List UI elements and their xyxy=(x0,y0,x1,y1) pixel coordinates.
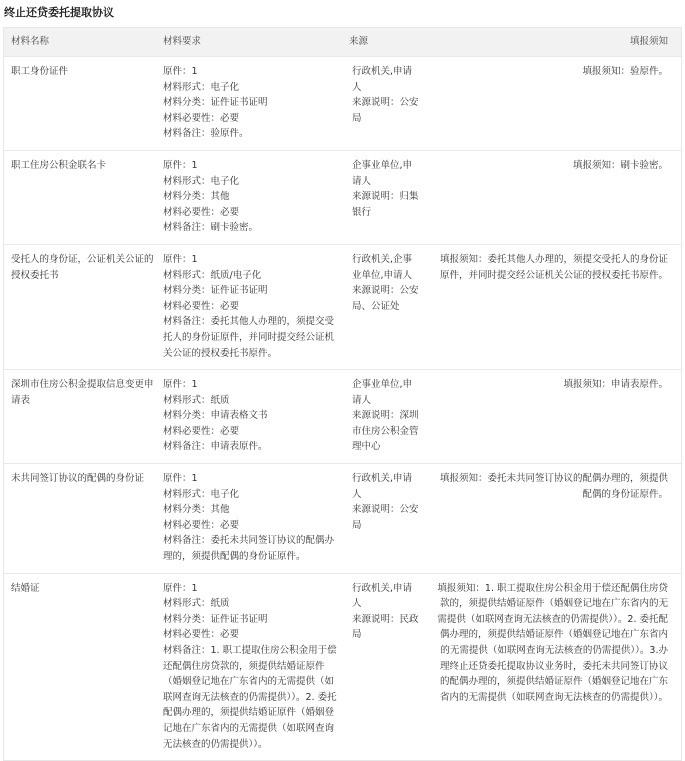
filing-notice: 填报须知：1. 职工提取住房公积金用于偿还配偶住房贷款的，须提供结婚证原件（婚姻… xyxy=(424,573,682,752)
requirement-original: 原件：1 xyxy=(163,377,339,393)
table-header-row: 材料名称 材料要求 来源 填报须知 xyxy=(4,28,682,57)
source-text: 行政机关,申请人 xyxy=(352,581,420,612)
requirement-necessity: 材料必要性：必要 xyxy=(163,299,339,315)
filing-notice: 填报须知：委托其他人办理的，须提交受托人的身份证原件，并同时提交经公证机关公证的… xyxy=(424,244,682,369)
material-name-text: 未共同签订协议的配偶的身份证 xyxy=(11,473,144,484)
requirement-remark: 材料备注：委托未共同签订协议的配偶办理的，须提供配偶的身份证原件。 xyxy=(163,533,339,564)
source-note: 来源说明：公安局、公证处 xyxy=(352,283,420,314)
page-title: 终止还贷委托提取协议 xyxy=(0,0,685,26)
requirement-original: 原件：1 xyxy=(163,158,339,174)
requirement-necessity: 材料必要性：必要 xyxy=(163,111,339,127)
material-name-text: 深圳市住房公积金提取信息变更申请表 xyxy=(11,379,154,406)
filing-notice-text: 填报须知：验原件。 xyxy=(582,66,668,77)
requirement-remark: 材料备注：刷卡验密。 xyxy=(163,220,339,236)
source-note: 来源说明：深圳市住房公积金管理中心 xyxy=(352,408,420,455)
table-row: 未共同签订协议的配偶的身份证 原件：1 材料形式：电子化 材料分类：其他 材料必… xyxy=(4,464,682,574)
requirement-form: 材料形式：电子化 xyxy=(163,174,339,190)
source-note: 来源说明：公安局 xyxy=(352,95,420,126)
requirement-form: 材料形式：电子化 xyxy=(163,487,339,503)
requirement-form: 材料形式：纸质 xyxy=(163,393,339,409)
material-source: 企事业单位,申请人 来源说明：归集银行 xyxy=(349,150,424,244)
material-name: 深圳市住房公积金提取信息变更申请表 xyxy=(4,370,164,464)
requirement-original: 原件：1 xyxy=(163,471,339,487)
requirement-remark: 材料备注：申请表原件。 xyxy=(163,439,339,455)
material-requirements: 原件：1 材料形式：电子化 材料分类：其他 材料必要性：必要 材料备注：刷卡验密… xyxy=(163,150,349,244)
material-requirements: 原件：1 材料形式：电子化 材料分类：其他 材料必要性：必要 材料备注：委托未共… xyxy=(163,464,349,574)
table-row: 结婚证 原件：1 材料形式：纸质 材料分类：证件证书证明 材料必要性：必要 材料… xyxy=(4,573,682,752)
material-requirements: 原件：1 材料形式：纸质 材料分类：证件证书证明 材料必要性：必要 材料备注：1… xyxy=(163,573,349,752)
filing-notice: 填报须知：验原件。 xyxy=(424,57,682,151)
source-text: 企事业单位,申请人 xyxy=(352,158,420,189)
requirement-category: 材料分类：申请表格文书 xyxy=(163,408,339,424)
material-requirements: 原件：1 材料形式：电子化 材料分类：证件证书证明 材料必要性：必要 材料备注：… xyxy=(163,57,349,151)
requirement-remark: 材料备注：委托其他人办理的，须提交受托人的身份证原件，并同时提交经公证机关公证的… xyxy=(163,314,339,361)
requirement-necessity: 材料必要性：必要 xyxy=(163,424,339,440)
requirement-original: 原件：1 xyxy=(163,64,339,80)
materials-table: 材料名称 材料要求 来源 填报须知 职工身份证件 原件：1 材料形式：电子化 材… xyxy=(3,27,682,752)
material-requirements: 原件：1 材料形式：纸质 材料分类：申请表格文书 材料必要性：必要 材料备注：申… xyxy=(163,370,349,464)
source-note: 来源说明：公安局 xyxy=(352,502,420,533)
material-source: 行政机关,申请人 来源说明：民政局 xyxy=(349,573,424,752)
material-source: 企事业单位,申请人 来源说明：深圳市住房公积金管理中心 xyxy=(349,370,424,464)
table-row: 深圳市住房公积金提取信息变更申请表 原件：1 材料形式：纸质 材料分类：申请表格… xyxy=(4,370,682,464)
filing-notice-text: 填报须知：1. 职工提取住房公积金用于偿还配偶住房贷款的，须提供结婚证原件（婚姻… xyxy=(437,583,668,703)
material-name: 职工住房公积金联名卡 xyxy=(4,150,164,244)
requirement-category: 材料分类：证件证书证明 xyxy=(163,283,339,299)
filing-notice: 填报须知：刷卡验密。 xyxy=(424,150,682,244)
table-row: 职工身份证件 原件：1 材料形式：电子化 材料分类：证件证书证明 材料必要性：必… xyxy=(4,57,682,151)
source-text: 企事业单位,申请人 xyxy=(352,377,420,408)
source-note: 来源说明：归集银行 xyxy=(352,189,420,220)
requirement-form: 材料形式：纸质/电子化 xyxy=(163,268,339,284)
header-material-name: 材料名称 xyxy=(4,28,164,57)
requirement-category: 材料分类：其他 xyxy=(163,189,339,205)
material-source: 行政机关,企事业单位,申请人 来源说明：公安局、公证处 xyxy=(349,244,424,369)
table-row: 职工住房公积金联名卡 原件：1 材料形式：电子化 材料分类：其他 材料必要性：必… xyxy=(4,150,682,244)
requirement-form: 材料形式：电子化 xyxy=(163,80,339,96)
requirement-necessity: 材料必要性：必要 xyxy=(163,205,339,221)
source-note: 来源说明：民政局 xyxy=(352,612,420,643)
material-name: 未共同签订协议的配偶的身份证 xyxy=(4,464,164,574)
requirement-necessity: 材料必要性：必要 xyxy=(163,518,339,534)
filing-notice: 填报须知：申请表原件。 xyxy=(424,370,682,464)
material-requirements: 原件：1 材料形式：纸质/电子化 材料分类：证件证书证明 材料必要性：必要 材料… xyxy=(163,244,349,369)
material-source: 行政机关,申请人 来源说明：公安局 xyxy=(349,57,424,151)
material-source: 行政机关,申请人 来源说明：公安局 xyxy=(349,464,424,574)
requirement-category: 材料分类：证件证书证明 xyxy=(163,95,339,111)
source-text: 行政机关,申请人 xyxy=(352,471,420,502)
filing-notice-text: 填报须知：刷卡验密。 xyxy=(573,160,668,171)
requirement-form: 材料形式：纸质 xyxy=(163,596,339,612)
filing-notice-text: 填报须知：委托未共同签订协议的配偶办理的，须提供配偶的身份证原件。 xyxy=(440,473,668,500)
header-material-requirements: 材料要求 xyxy=(163,28,349,57)
requirement-category: 材料分类：证件证书证明 xyxy=(163,612,339,628)
material-name-text: 职工身份证件 xyxy=(11,66,68,77)
material-name-text: 职工住房公积金联名卡 xyxy=(11,160,106,171)
requirement-remark: 材料备注：验原件。 xyxy=(163,126,339,142)
source-text: 行政机关,企事业单位,申请人 xyxy=(352,252,420,283)
source-text: 行政机关,申请人 xyxy=(352,64,420,95)
requirement-category: 材料分类：其他 xyxy=(163,502,339,518)
requirement-necessity: 材料必要性：必要 xyxy=(163,627,339,643)
material-name-text: 受托人的身份证，公证机关公证的授权委托书 xyxy=(11,254,154,281)
requirement-remark: 材料备注：1. 职工提取住房公积金用于偿还配偶住房贷款的，须提供结婚证原件（婚姻… xyxy=(163,643,339,752)
header-filing-notice: 填报须知 xyxy=(424,28,682,57)
header-source: 来源 xyxy=(349,28,424,57)
table-row: 受托人的身份证，公证机关公证的授权委托书 原件：1 材料形式：纸质/电子化 材料… xyxy=(4,244,682,369)
requirement-original: 原件：1 xyxy=(163,581,339,597)
material-name: 职工身份证件 xyxy=(4,57,164,151)
filing-notice: 填报须知：委托未共同签订协议的配偶办理的，须提供配偶的身份证原件。 xyxy=(424,464,682,574)
material-name-text: 结婚证 xyxy=(11,583,40,594)
filing-notice-text: 填报须知：委托其他人办理的，须提交受托人的身份证原件，并同时提交经公证机关公证的… xyxy=(440,254,668,281)
material-name: 受托人的身份证，公证机关公证的授权委托书 xyxy=(4,244,164,369)
filing-notice-text: 填报须知：申请表原件。 xyxy=(563,379,668,390)
material-name: 结婚证 xyxy=(4,573,164,752)
requirement-original: 原件：1 xyxy=(163,252,339,268)
